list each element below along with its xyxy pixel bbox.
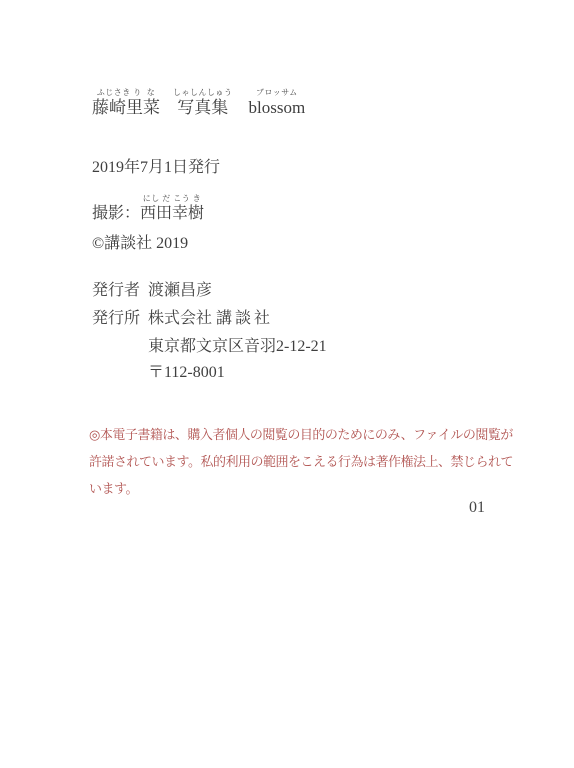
- issuer-line: 発行者渡瀬昌彦: [92, 277, 212, 300]
- publisher-label: 発行所: [92, 305, 148, 328]
- title-author-name: 藤崎里菜: [92, 98, 160, 117]
- title-type: 写真集: [173, 98, 233, 117]
- furigana-type: しゃしんしゅう: [173, 87, 233, 98]
- title-name: blossom: [249, 98, 306, 117]
- furigana-photographer: にし だ こう き: [140, 193, 204, 204]
- photographer-label: 撮影：: [92, 204, 140, 223]
- publisher-address: 東京都文京区音羽2-12-21: [148, 333, 327, 356]
- issuer-name: 渡瀬昌彦: [148, 282, 212, 299]
- ebook-usage-notice: ◎本電子書籍は、購入者個人の閲覧の目的のためにのみ、ファイルの閲覧が 許諾されて…: [89, 421, 509, 502]
- issuer-label: 発行者: [92, 277, 148, 300]
- page-number: 01: [469, 499, 485, 517]
- furigana-author: ふじさき り な: [92, 87, 160, 98]
- publisher-prefix: 株式会社: [148, 310, 216, 327]
- photographer-credit: 撮影： にし だ こう き 西田幸樹: [92, 193, 204, 223]
- copyright-line: ©講談社 2019: [92, 230, 188, 253]
- colophon-page: ふじさき り な 藤崎里菜 しゃしんしゅう 写真集 ブロッサム blossom …: [0, 0, 574, 768]
- photographer-name: 西田幸樹: [140, 204, 204, 223]
- notice-line-2: 許諾されています。私的利用の範囲をこえる行為は著作権法上、禁じられて: [89, 448, 509, 475]
- publisher-line: 発行所株式会社 講談社: [92, 305, 273, 328]
- title-segment-author: ふじさき り な 藤崎里菜: [92, 87, 160, 117]
- book-title: ふじさき り な 藤崎里菜 しゃしんしゅう 写真集 ブロッサム blossom: [92, 87, 305, 117]
- photographer-ruby: にし だ こう き 西田幸樹: [140, 193, 204, 223]
- title-segment-type: しゃしんしゅう 写真集: [173, 87, 233, 117]
- notice-line-3: います。: [89, 475, 509, 502]
- furigana-name: ブロッサム: [249, 87, 306, 98]
- publication-date: 2019年7月1日発行: [92, 154, 220, 177]
- title-segment-name: ブロッサム blossom: [249, 87, 306, 117]
- publisher-name: 講談社: [216, 310, 273, 327]
- publisher-postal-code: 〒112-8001: [148, 359, 225, 382]
- notice-line-1: ◎本電子書籍は、購入者個人の閲覧の目的のためにのみ、ファイルの閲覧が: [89, 421, 509, 448]
